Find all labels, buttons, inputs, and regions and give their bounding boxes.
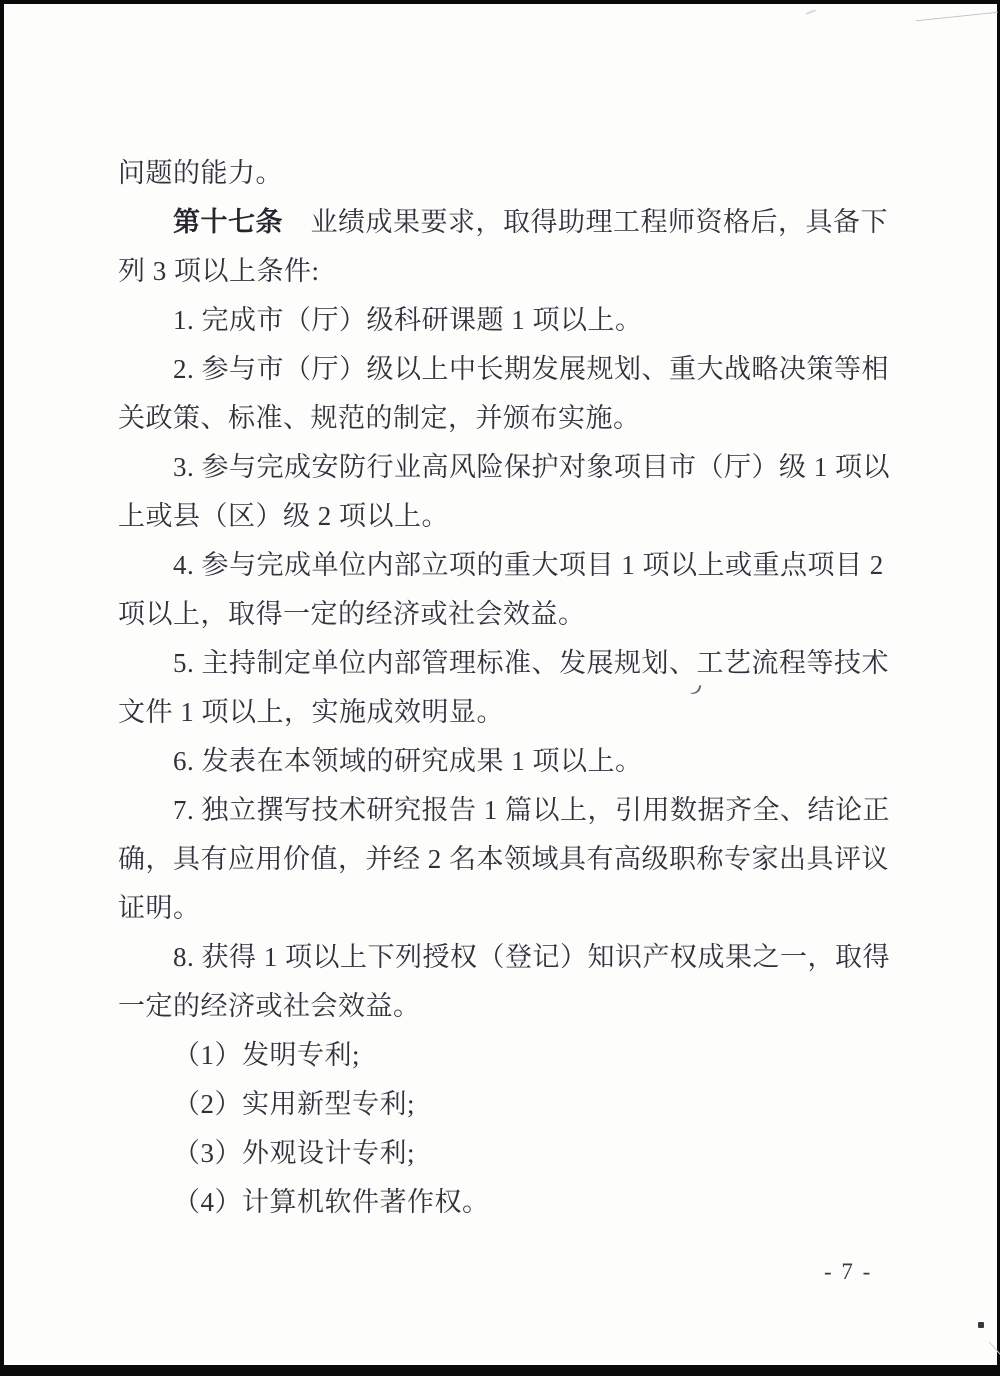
text-line-continuation: 问题的能力。 [118, 149, 884, 198]
article-heading-text: 业绩成果要求，取得助理工程师资格后，具备下 [283, 207, 888, 237]
sub-item-1: （1）发明专利; [118, 1031, 884, 1080]
page-number: - 7 - [824, 1258, 872, 1286]
article-number: 第十七条 [173, 207, 283, 237]
text-line: 列 3 项以上条件: [118, 247, 884, 296]
list-item-5: 5. 主持制定单位内部管理标准、发展规划、工艺流程等技术 [118, 639, 884, 688]
list-item-6: 6. 发表在本领域的研究成果 1 项以上。 [118, 737, 884, 786]
list-item-3: 3. 参与完成安防行业高风险保护对象项目市（厅）级 1 项以 [118, 443, 884, 492]
list-item-3-continued: 上或县（区）级 2 项以上。 [118, 492, 884, 541]
list-item-4-continued: 项以上，取得一定的经济或社会效益。 [118, 590, 884, 639]
list-item-7-continued-2: 证明。 [118, 884, 884, 933]
sub-item-2: （2）实用新型专利; [118, 1080, 884, 1129]
scan-artifact-fleck [806, 9, 816, 15]
list-item-1: 1. 完成市（厅）级科研课题 1 项以上。 [118, 296, 884, 345]
article-heading-line: 第十七条 业绩成果要求，取得助理工程师资格后，具备下 [118, 198, 884, 247]
list-item-7-continued: 确，具有应用价值，并经 2 名本领域具有高级职称专家出具评议 [118, 835, 884, 884]
list-item-7: 7. 独立撰写技术研究报告 1 篇以上，引用数据齐全、结论正 [118, 786, 884, 835]
list-item-2: 2. 参与市（厅）级以上中长期发展规划、重大战略决策等相 [118, 345, 884, 394]
document-body: 问题的能力。 第十七条 业绩成果要求，取得助理工程师资格后，具备下 列 3 项以… [118, 149, 884, 1227]
scan-artifact-corner-line [989, 1341, 1000, 1355]
list-item-5-continued: 文件 1 项以上，实施成效明显。 [118, 688, 884, 737]
sub-item-4: （4）计算机软件著作权。 [118, 1178, 884, 1227]
document-page: 问题的能力。 第十七条 业绩成果要求，取得助理工程师资格后，具备下 列 3 项以… [4, 4, 997, 1365]
scan-artifact-scratch [916, 12, 998, 22]
list-item-8-continued: 一定的经济或社会效益。 [118, 982, 884, 1031]
list-item-8: 8. 获得 1 项以上下列授权（登记）知识产权成果之一，取得 [118, 933, 884, 982]
list-item-4: 4. 参与完成单位内部立项的重大项目 1 项以上或重点项目 2 [118, 541, 884, 590]
list-item-2-continued: 关政策、标准、规范的制定，并颁布实施。 [118, 394, 884, 443]
scan-artifact-speck [978, 1322, 984, 1328]
sub-item-3: （3）外观设计专利; [118, 1129, 884, 1178]
